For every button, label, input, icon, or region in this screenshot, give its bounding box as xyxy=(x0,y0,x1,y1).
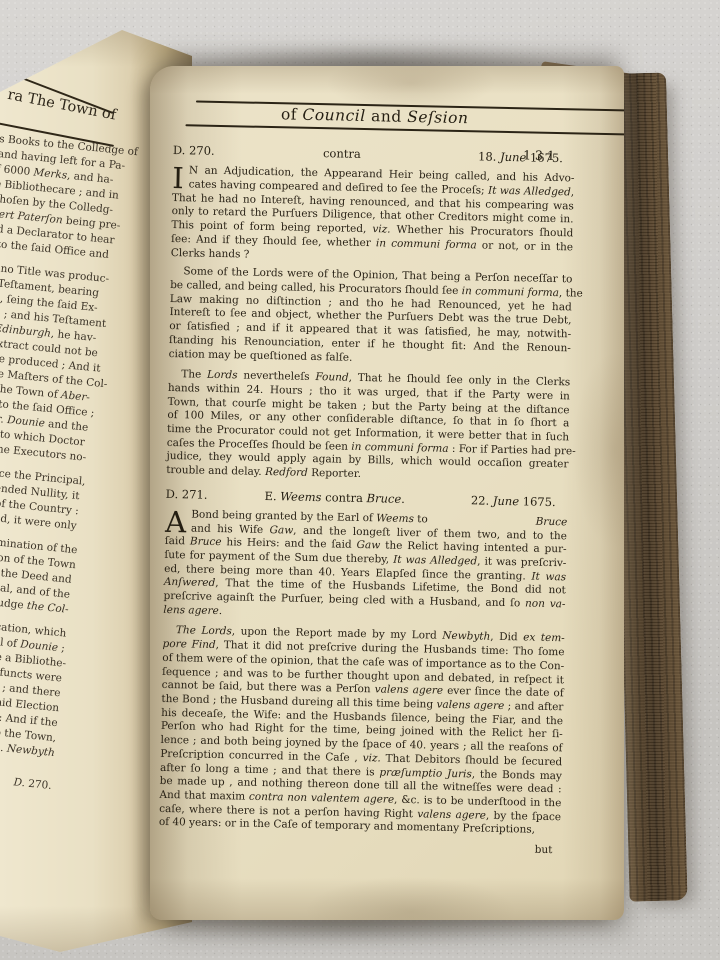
case-heading-271: D. 271. E. Weems contra Bruce. 22. June … xyxy=(166,487,568,509)
paragraph-lords-found: The Lords nevertheleſs Found, That he ſh… xyxy=(166,368,570,486)
page-text-block: of Council and Seſsion 131 D. 270. contr… xyxy=(158,100,576,857)
paragraph-lines: N an Adjudication, the Appearand Heir be… xyxy=(171,164,575,268)
paragraph-lords-report: The Lords, upon the Report made by my Lo… xyxy=(159,624,565,838)
page-number: 131 xyxy=(523,147,559,163)
case-ref: D. 270. xyxy=(173,143,245,159)
paragraph-bond: A Bond being granted by the Earl of Weem… xyxy=(163,508,567,626)
drop-cap-initial: A xyxy=(165,508,192,536)
right-book-page: of Council and Seſsion 131 D. 270. contr… xyxy=(150,66,624,920)
paragraph-lines: The Lords, upon the Report made by my Lo… xyxy=(159,624,565,838)
paragraph-lines: Some of the Lords were of the Opinion, T… xyxy=(169,265,573,369)
drop-cap-initial: I xyxy=(172,164,189,191)
case-title: contra xyxy=(245,145,439,163)
paragraph-opinion: Some of the Lords were of the Opinion, T… xyxy=(169,265,573,369)
paragraph-lines: The Lords nevertheleſs Found, That he ſh… xyxy=(166,368,570,486)
paragraph-lines: Bond being granted by the Earl of Weems … xyxy=(163,508,567,626)
case-ref: D. 271. xyxy=(166,487,238,503)
text-line-right: Bruce xyxy=(535,516,567,530)
case-title: E. Weems contra Bruce. xyxy=(238,488,432,506)
paragraph-adjudication: I N an Adjudication, the Appearand Heir … xyxy=(171,164,575,268)
photo-background: ords ra The Town of s Books to the Colle… xyxy=(0,0,720,960)
case-heading-270: D. 270. contra 18. June 1675. xyxy=(173,143,575,165)
left-page-text: s Books to the Colledge ofand having lef… xyxy=(0,132,116,794)
case-date: 22. June 1675. xyxy=(432,492,568,509)
catchword: but xyxy=(158,835,560,857)
